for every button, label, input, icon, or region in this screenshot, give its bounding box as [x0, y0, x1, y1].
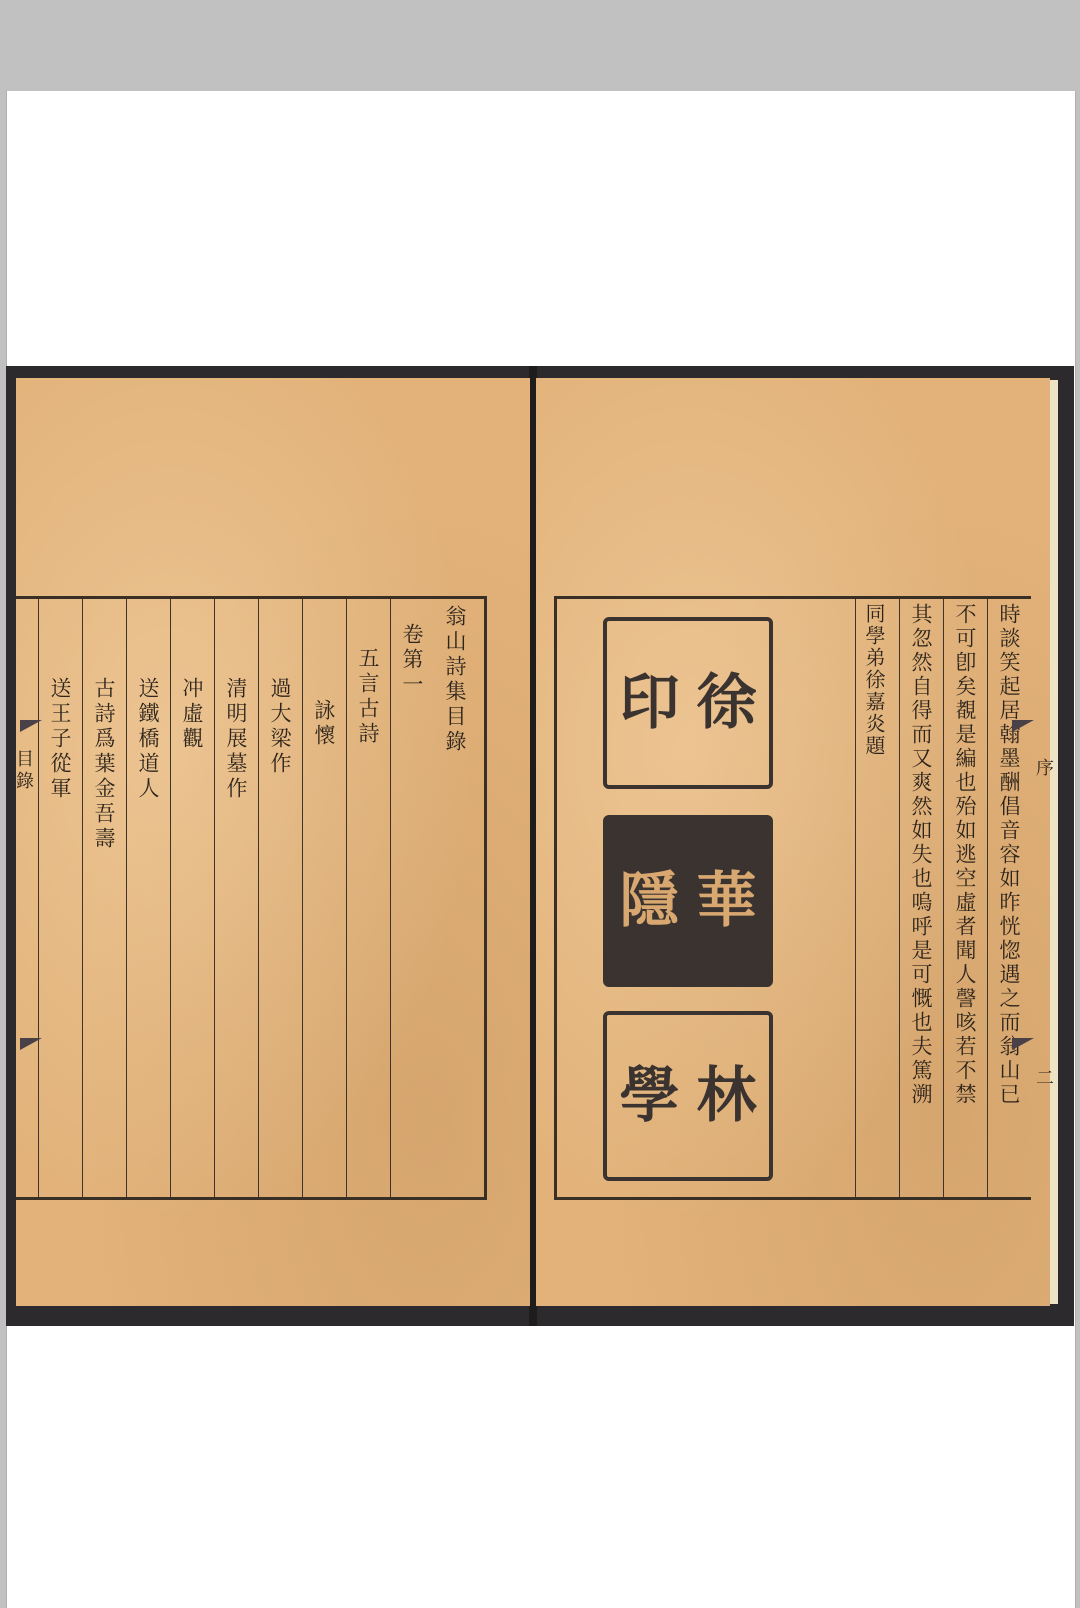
- left-page: 翁山詩集目錄 卷第一 五言古詩 詠懷 過大梁作 清明展墓作 冲虛觀 送鐵橋道人: [16, 378, 530, 1306]
- right-page-frame: 時談笑起居翰墨酬倡音容如昨恍惚遇之而翁山已 不可卽矣覩是編也殆如逃空虛者聞人謦咳…: [554, 596, 1031, 1200]
- toc-entry-col: 送王子從軍: [38, 599, 83, 1197]
- fishtail-mark-bottom: [20, 1038, 42, 1050]
- book-scan: 翁山詩集目錄 卷第一 五言古詩 詠懷 過大梁作 清明展墓作 冲虛觀 送鐵橋道人: [6, 366, 1074, 1326]
- toc-entry: 送鐵橋道人: [137, 677, 158, 802]
- seal-char: 隱: [620, 871, 680, 931]
- page-number: 二: [1034, 1068, 1052, 1090]
- page-edge: [1050, 380, 1058, 1304]
- fishtail-mark-top: [1012, 720, 1034, 732]
- seal-char: 印: [620, 673, 680, 733]
- toc-entry: 送王子從軍: [49, 677, 70, 802]
- signature: 同學弟徐嘉炎題: [864, 603, 884, 757]
- toc-entry: 冲虛觀: [181, 677, 202, 752]
- preface-text: 不可卽矣覩是編也殆如逃空虛者聞人謦咳若不禁: [954, 603, 975, 1107]
- volume-column: 卷第一: [390, 599, 435, 1197]
- toc-entry-col: 清明展墓作: [214, 599, 259, 1197]
- toc-entry-col: 冲虛觀: [170, 599, 215, 1197]
- left-page-frame: 翁山詩集目錄 卷第一 五言古詩 詠懷 過大梁作 清明展墓作 冲虛觀 送鐵橋道人: [16, 596, 487, 1200]
- fishtail-mark-bottom: [1012, 1038, 1034, 1050]
- fishtail-mark-top: [20, 720, 42, 732]
- preface-column: 不可卽矣覩是編也殆如逃空虛者聞人謦咳若不禁: [943, 599, 988, 1197]
- seal-char: 學: [620, 1066, 680, 1126]
- toc-entry: 清明展墓作: [225, 677, 246, 802]
- seal-3: 學 林: [603, 1011, 773, 1181]
- toc-entry-col: 詠懷: [302, 599, 347, 1197]
- preface-column: 時談笑起居翰墨酬倡音容如昨恍惚遇之而翁山已: [987, 599, 1032, 1197]
- margin-column: 目錄: [16, 599, 38, 1197]
- signature-column: 同學弟徐嘉炎題: [855, 599, 900, 1197]
- volume-heading: 卷第一: [401, 623, 422, 698]
- toc-entry: 古詩爲葉金吾壽: [93, 677, 114, 852]
- section-heading: 五言古詩: [357, 647, 378, 747]
- preface-text: 其忽然自得而又爽然如失也嗚呼是可慨也夫篤溯: [910, 603, 931, 1107]
- toc-entry: 詠懷: [313, 699, 334, 749]
- toc-entry-col: 古詩爲葉金吾壽: [82, 599, 127, 1197]
- seal-char: 華: [697, 871, 757, 931]
- seal-char: 林: [697, 1066, 757, 1126]
- title-column: 翁山詩集目錄: [434, 599, 478, 1197]
- toc-title: 翁山詩集目錄: [444, 605, 465, 755]
- seal-1: 印 徐: [603, 617, 773, 789]
- toc-entry-col: 過大梁作: [258, 599, 303, 1197]
- preface-text: 時談笑起居翰墨酬倡音容如昨恍惚遇之而翁山已: [998, 603, 1019, 1107]
- margin-label: 序: [1034, 758, 1052, 780]
- right-page: 時談笑起居翰墨酬倡音容如昨恍惚遇之而翁山已 不可卽矣覩是編也殆如逃空虛者聞人謦咳…: [536, 378, 1050, 1306]
- margin-label: 目錄: [14, 749, 32, 793]
- seal-char: 徐: [697, 673, 757, 733]
- toc-entry-col: 送鐵橋道人: [126, 599, 171, 1197]
- toc-entry: 過大梁作: [269, 677, 290, 777]
- seal-2: 隱 華: [603, 815, 773, 987]
- preface-column: 其忽然自得而又爽然如失也嗚呼是可慨也夫篤溯: [899, 599, 944, 1197]
- section-column: 五言古詩: [346, 599, 391, 1197]
